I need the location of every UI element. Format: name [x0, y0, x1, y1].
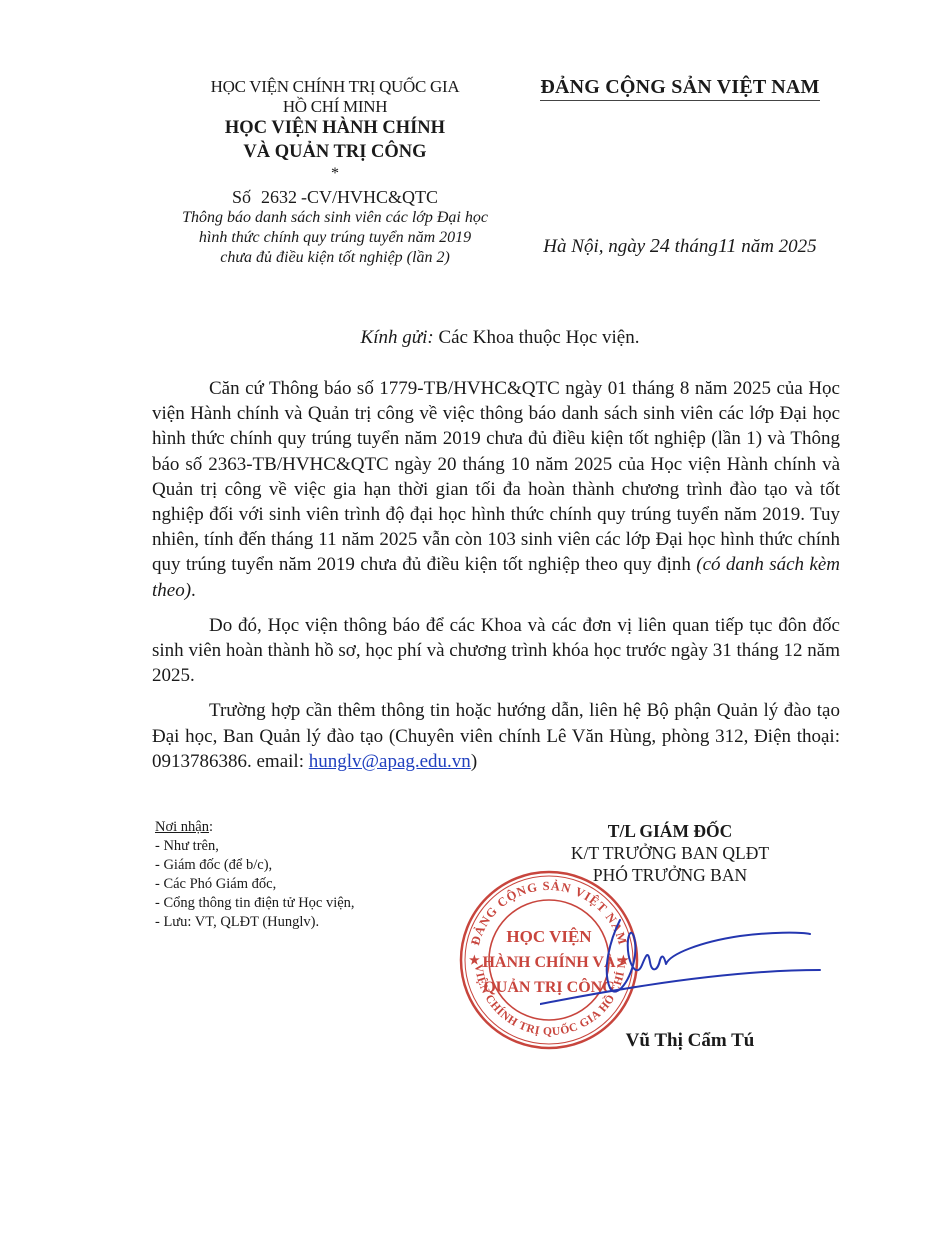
recipient-item: - Lưu: VT, QLĐT (Hunglv). [155, 913, 435, 932]
recipients-title-colon: : [209, 819, 213, 835]
subject-line1: Thông báo danh sách sinh viên các lớp Đạ… [180, 208, 490, 228]
recipients-title: Nơi nhận: [155, 818, 435, 837]
org-name-line1: HỌC VIỆN HÀNH CHÍNH [180, 116, 490, 140]
paragraph-3-end: ) [471, 751, 477, 772]
party-header: ĐẢNG CỘNG SẢN VIỆT NAM [520, 74, 840, 101]
email-link[interactable]: hunglv@apag.edu.vn [309, 751, 471, 772]
recipient-line: Kính gửi: Các Khoa thuộc Học viện. [150, 326, 850, 350]
parent-org-line1: HỌC VIỆN CHÍNH TRỊ QUỐC GIA [180, 76, 490, 97]
letter-body: Căn cứ Thông báo số 1779-TB/HVHC&QTC ngà… [152, 376, 840, 784]
recipients-list: Nơi nhận: - Như trên, - Giám đốc (để b/c… [155, 818, 435, 932]
recipient-item: - Như trên, [155, 837, 435, 856]
paragraph-1-end: . [191, 580, 196, 601]
signer-name: Vũ Thị Cẩm Tú [560, 1030, 820, 1052]
sign-title-line1: T/L GIÁM ĐỐC [520, 820, 820, 842]
body-paragraph-1: Căn cứ Thông báo số 1779-TB/HVHC&QTC ngà… [152, 376, 840, 603]
party-name: ĐẢNG CỘNG SẢN VIỆT NAM [520, 74, 840, 100]
issuing-authority-header: HỌC VIỆN CHÍNH TRỊ QUỐC GIA HỒ CHÍ MINH … [180, 76, 490, 268]
recipient-item: - Cổng thông tin điện tử Học viện, [155, 894, 435, 913]
recipient-value: Các Khoa thuộc Học viện. [438, 327, 639, 348]
date-month-label: tháng [675, 236, 718, 257]
date-day: 24 [650, 235, 670, 257]
document-number: Số2632-CV/HVHC&QTC [180, 186, 490, 208]
date-year: năm 2025 [741, 236, 816, 257]
handwritten-signature-icon [540, 910, 840, 1030]
date-month: 11 [718, 235, 737, 257]
seal-star-left: ★ [469, 953, 480, 967]
number-value: 2632 [261, 187, 297, 207]
party-underline [540, 100, 820, 101]
subject-line3: chưa đủ điều kiện tốt nghiệp (lần 2) [180, 248, 490, 268]
body-paragraph-2: Do đó, Học viện thông báo để các Khoa và… [152, 613, 840, 689]
number-prefix: Số [232, 187, 251, 207]
number-suffix: -CV/HVHC&QTC [301, 187, 438, 207]
parent-org-line2: HỒ CHÍ MINH [180, 97, 490, 116]
subject-line2: hình thức chính quy trúng tuyển năm 2019 [180, 228, 490, 248]
star-divider: * [180, 166, 490, 182]
body-paragraph-3: Trường hợp cần thêm thông tin hoặc hướng… [152, 698, 840, 774]
date-line: Hà Nội, ngày 24 tháng11 năm 2025 [520, 234, 840, 259]
recipient-item: - Giám đốc (để b/c), [155, 856, 435, 875]
org-name-line2: VÀ QUẢN TRỊ CÔNG [180, 140, 490, 164]
recipients-title-text: Nơi nhận [155, 819, 209, 835]
date-place: Hà Nội, ngày [543, 236, 645, 257]
recipient-item: - Các Phó Giám đốc, [155, 875, 435, 894]
paragraph-3-text: Trường hợp cần thêm thông tin hoặc hướng… [152, 700, 840, 771]
paragraph-1-text: Căn cứ Thông báo số 1779-TB/HVHC&QTC ngà… [152, 378, 840, 575]
recipient-label: Kính gửi: [361, 327, 434, 348]
